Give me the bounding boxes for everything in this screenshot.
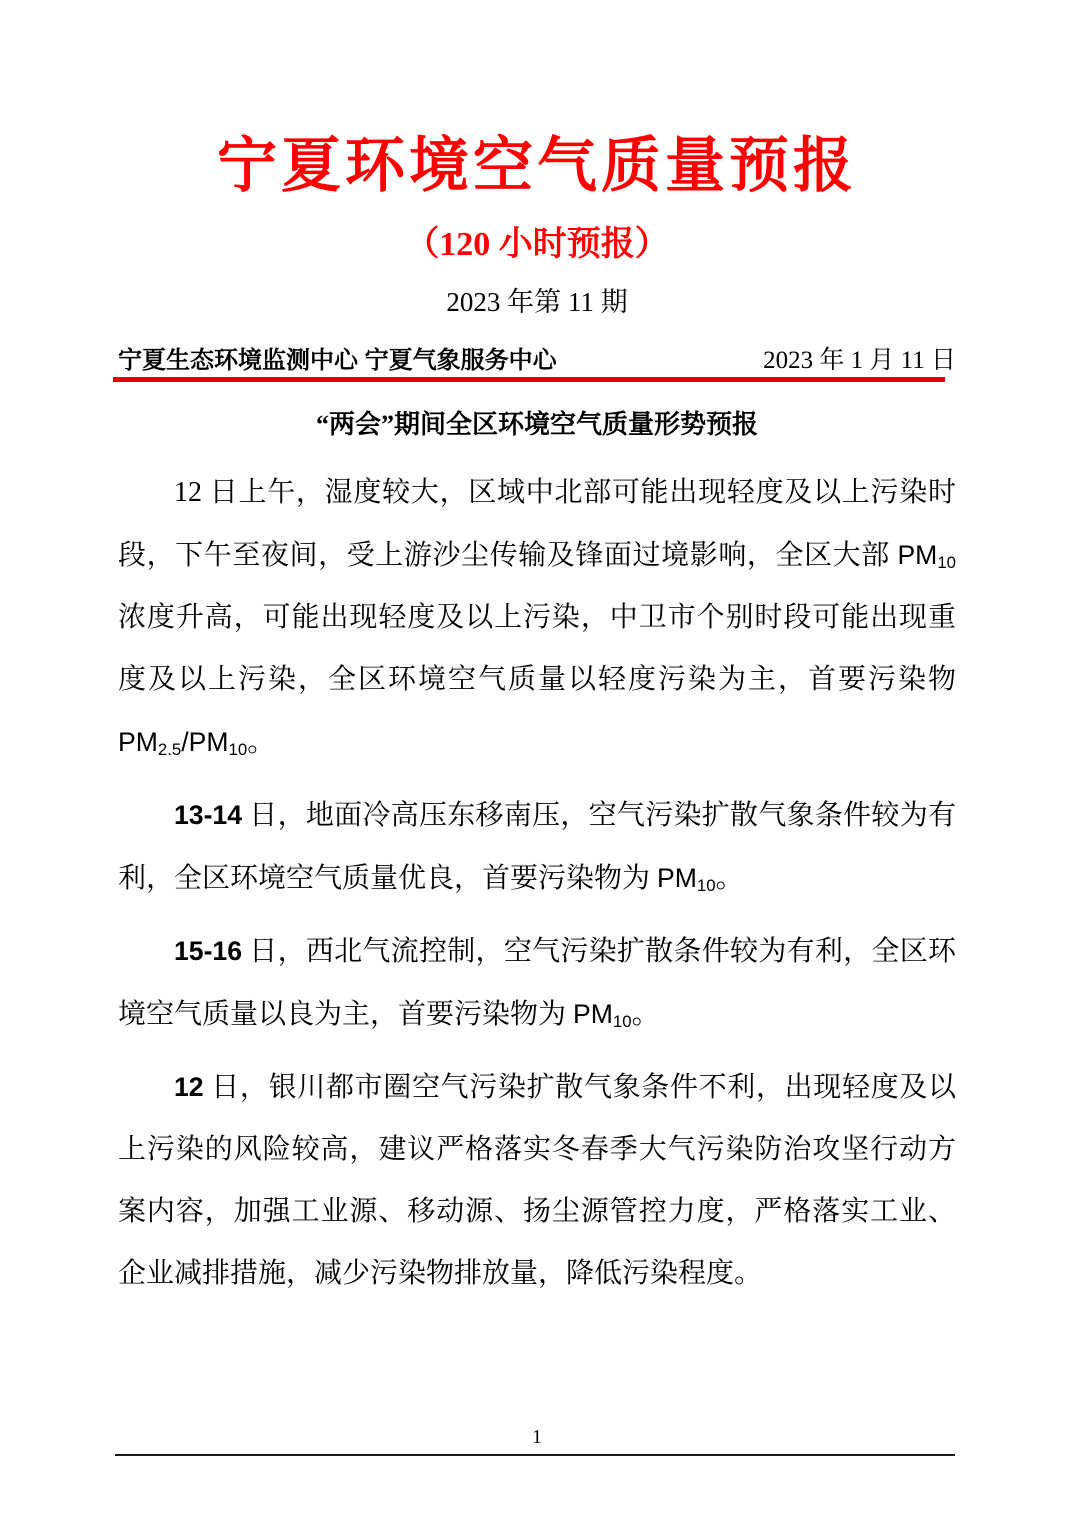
pm-subscript: 10 [229,740,248,759]
pm-subscript: 2.5 [158,740,181,759]
pm-subscript: 10 [613,1012,632,1031]
text-run: 。 [716,863,744,894]
date-range-bold: 15-16 [174,936,242,966]
page-number: 1 [0,1426,1074,1449]
masthead: 宁夏生态环境监测中心 宁夏气象服务中心 2023 年 1 月 11 日 [118,340,956,376]
body-text: 12 日上午，湿度较大，区域中北部可能出现轻度及以上污染时段，下午至夜间，受上游… [118,462,956,1315]
document-subtitle: （120 小时预报） [0,216,1074,265]
pollutant-abbrev: PM [657,863,697,893]
pm-subscript: 10 [697,876,716,895]
text-run: 。 [247,727,275,758]
document-title: 宁夏环境空气质量预报 [0,118,1074,204]
text-run: 日，银川都市圈空气污染扩散气象条件不利，出现轻度及以上污染的风险较高，建议严格落… [118,1072,956,1289]
issue-date: 2023 年 1 月 11 日 [763,340,956,376]
paragraph: 15-16 日，西北气流控制，空气污染扩散条件较为有利，全区环境空气质量以良为主… [118,920,956,1046]
paragraph: 12 日上午，湿度较大，区域中北部可能出现轻度及以上污染时段，下午至夜间，受上游… [118,462,956,774]
date-range-bold: 12 [174,1072,204,1102]
section-heading: “两会”期间全区环境空气质量形势预报 [0,404,1074,441]
text-run: 。 [632,999,660,1030]
pm-subscript: 10 [937,553,956,572]
pollutant-abbrev: PM [573,999,613,1029]
paragraph: 12 日，银川都市圈空气污染扩散气象条件不利，出现轻度及以上污染的风险较高，建议… [118,1056,956,1305]
text-run: 浓度升高，可能出现轻度及以上污染，中卫市个别时段可能出现重度及以上污染，全区环境… [118,602,956,695]
footer-rule [115,1454,955,1456]
pollutant-abbrev: PM [189,727,229,757]
document-page: 宁夏环境空气质量预报 （120 小时预报） 2023 年第 11 期 宁夏生态环… [0,0,1074,1520]
date-range-bold: 13-14 [174,800,242,830]
text-run: 12 日上午，湿度较大，区域中北部可能出现轻度及以上污染时段，下午至夜间，受上游… [118,477,956,571]
pollutant-abbrev: / [181,727,188,757]
masthead-red-rule [113,377,945,382]
issuing-agencies: 宁夏生态环境监测中心 宁夏气象服务中心 [118,340,557,375]
pollutant-abbrev: PM [118,727,158,757]
paragraph: 13-14 日，地面冷高压东移南压，空气污染扩散气象条件较为有利，全区环境空气质… [118,784,956,910]
pollutant-abbrev: PM [897,540,937,570]
text-run: 日，地面冷高压东移南压，空气污染扩散气象条件较为有利，全区环境空气质量优良，首要… [118,800,956,894]
issue-number: 2023 年第 11 期 [0,280,1074,319]
text-run: 日，西北气流控制，空气污染扩散条件较为有利，全区环境空气质量以良为主，首要污染物… [118,936,956,1030]
